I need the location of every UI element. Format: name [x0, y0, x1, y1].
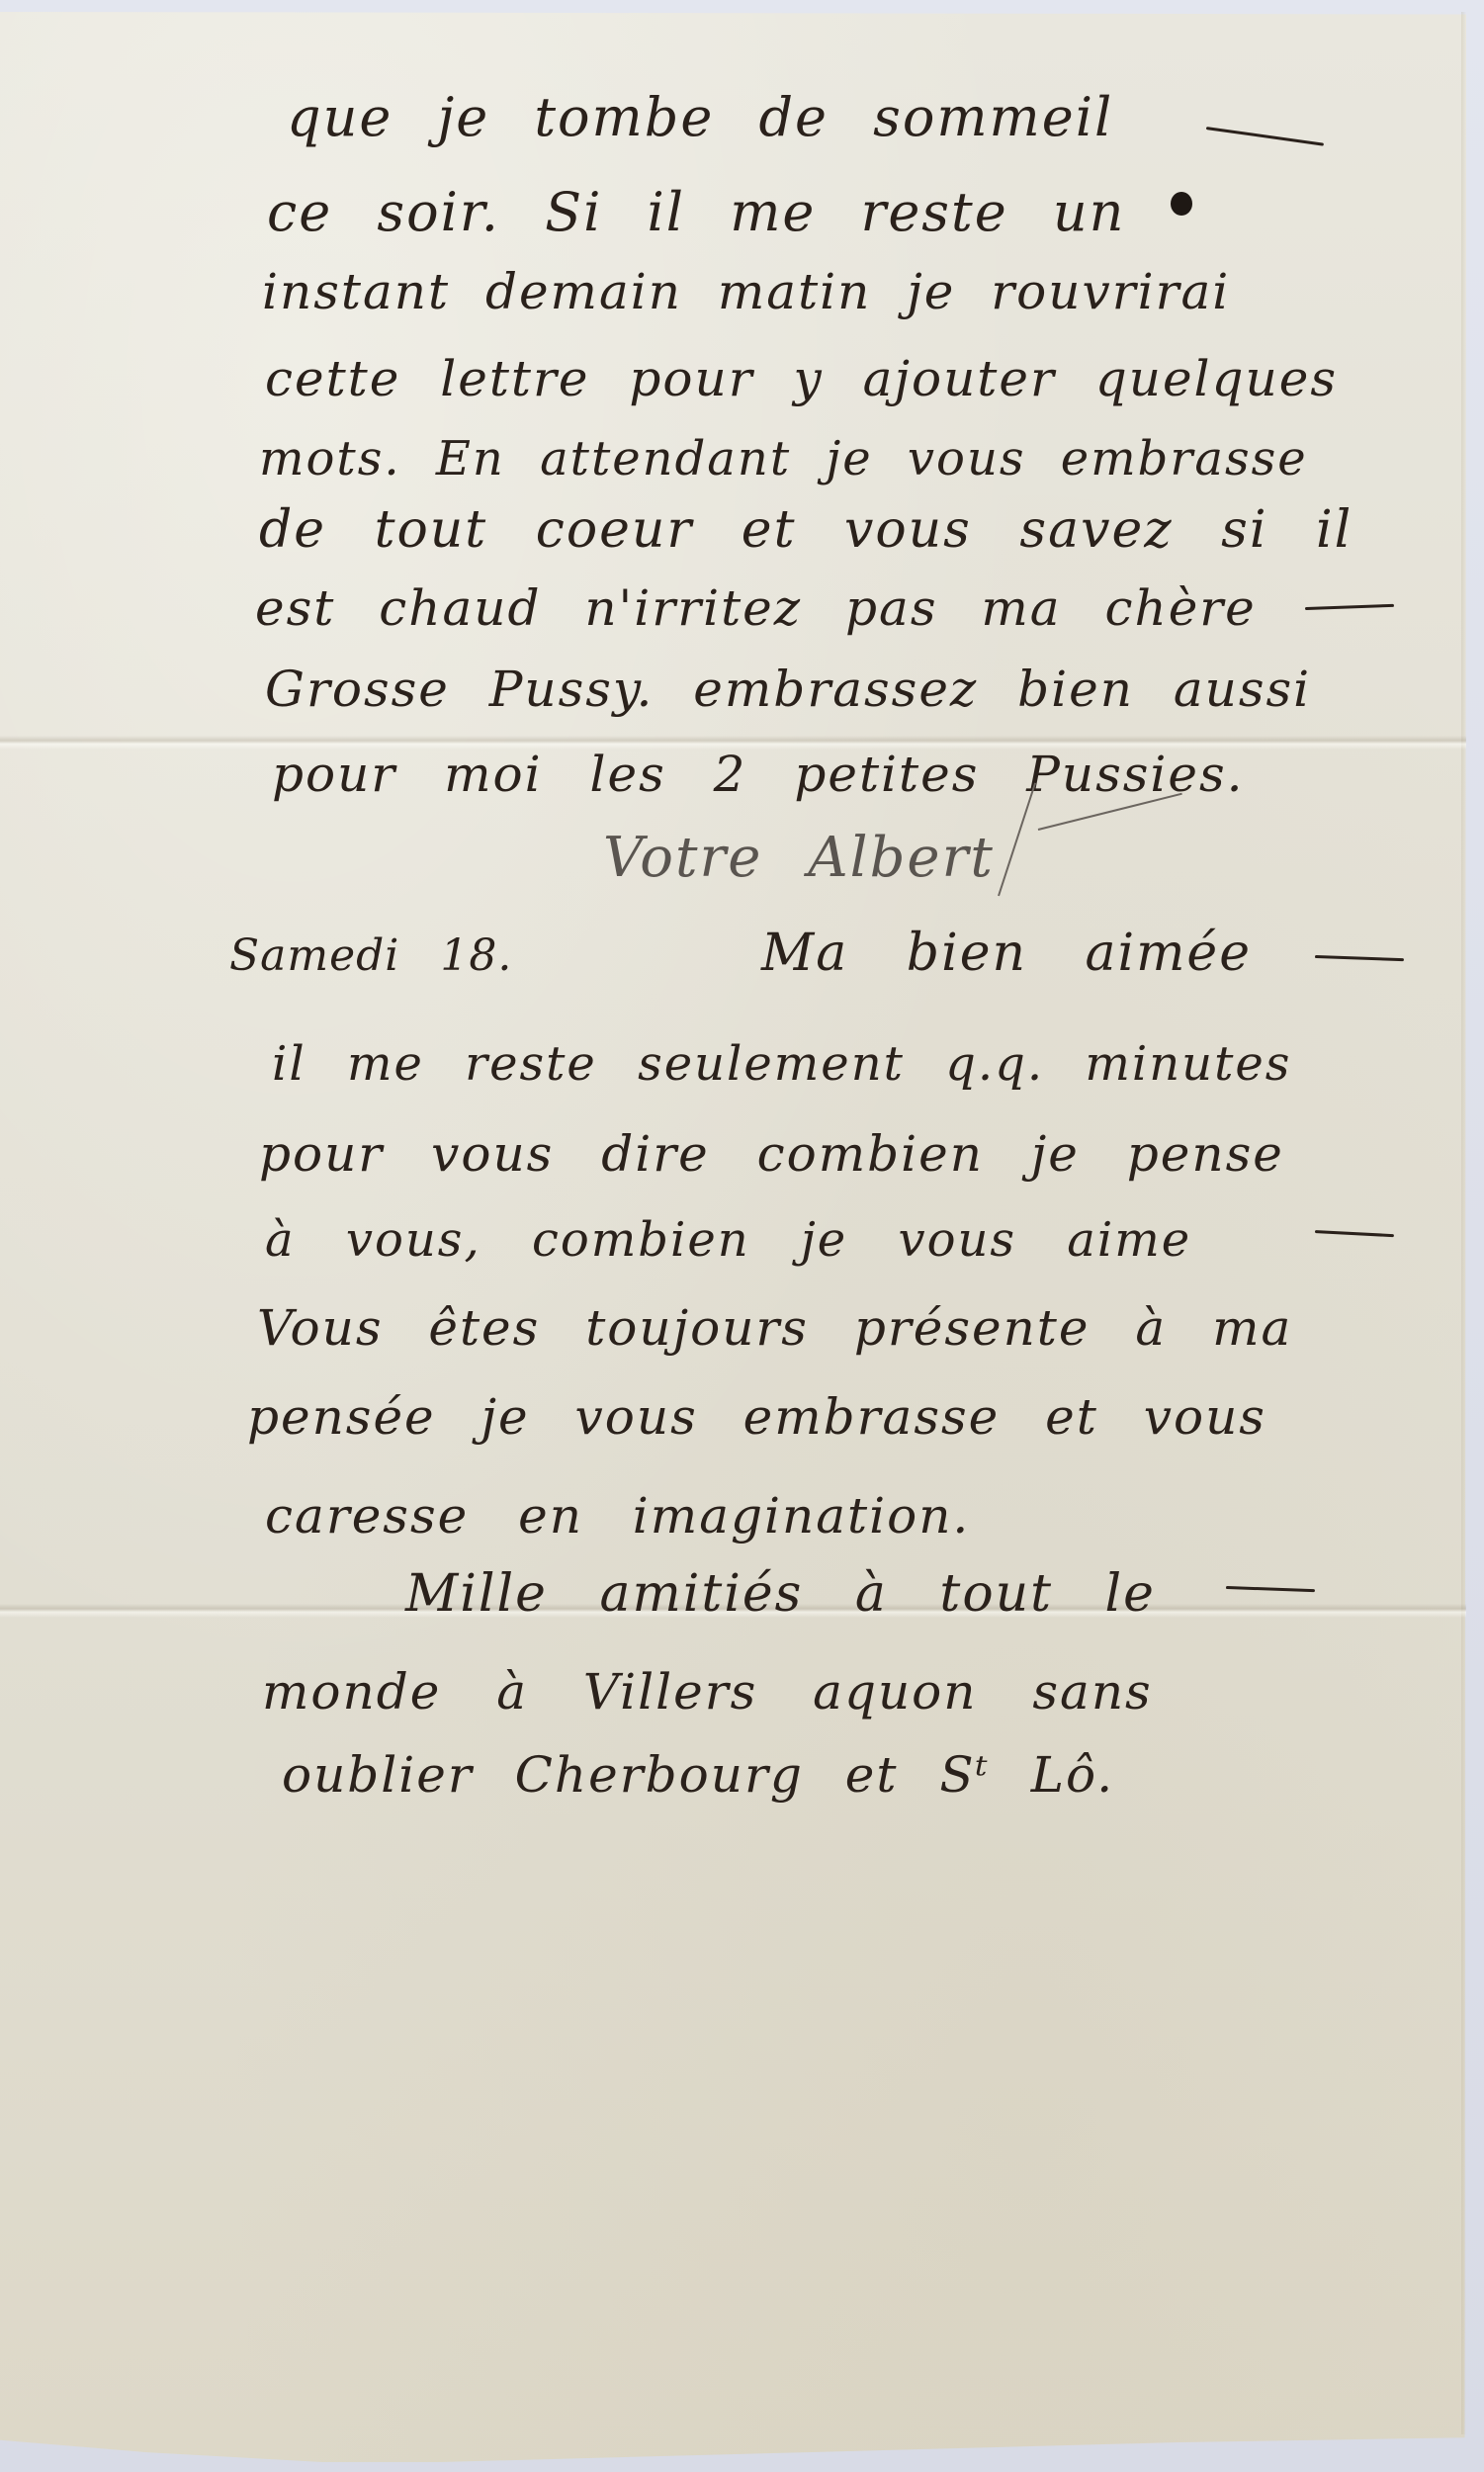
handwritten-line: oublier Cherbourg et Sᵗ Lô. [282, 1750, 1114, 1800]
handwritten-line: de tout coeur et vous savez si il [259, 504, 1353, 556]
handwritten-line: Vous êtes toujours présente à ma [257, 1303, 1292, 1353]
signature-votre-albert: Votre Albert [603, 831, 995, 886]
letter-date: Samedi 18. [229, 934, 512, 978]
ink-blot [1171, 192, 1192, 216]
handwritten-line: est chaud n'irritez pas ma chère [255, 583, 1257, 633]
handwritten-line: cette lettre pour y ajouter quelques [265, 354, 1338, 403]
handwritten-line: il me reste seulement q.q. minutes [272, 1040, 1291, 1088]
letter-salutation: Ma bien aimée [761, 927, 1252, 979]
handwritten-line: monde à Villers aquon sans [262, 1667, 1153, 1717]
handwritten-line: mots. En attendant je vous embrasse [259, 435, 1308, 483]
handwritten-line: pensée je vous embrasse et vous [247, 1392, 1266, 1442]
handwritten-line: pour vous dire combien je pense [259, 1129, 1284, 1179]
handwritten-line: que je tombe de sommeil [287, 91, 1113, 144]
handwritten-line: Grosse Pussy. embrassez bien aussi [265, 664, 1311, 714]
handwritten-line: instant demain matin je rouvrirai [262, 267, 1230, 316]
handwritten-line: à vous, combien je vous aime [265, 1216, 1191, 1264]
handwritten-line: caresse en imagination. [265, 1491, 970, 1541]
paper-edge-shadow [1461, 12, 1466, 2434]
handwritten-line: Mille amitiés à tout le [405, 1568, 1156, 1620]
handwritten-line: pour moi les 2 petites Pussies. [272, 750, 1245, 799]
handwritten-line: ce soir. Si il me reste un [267, 186, 1125, 239]
